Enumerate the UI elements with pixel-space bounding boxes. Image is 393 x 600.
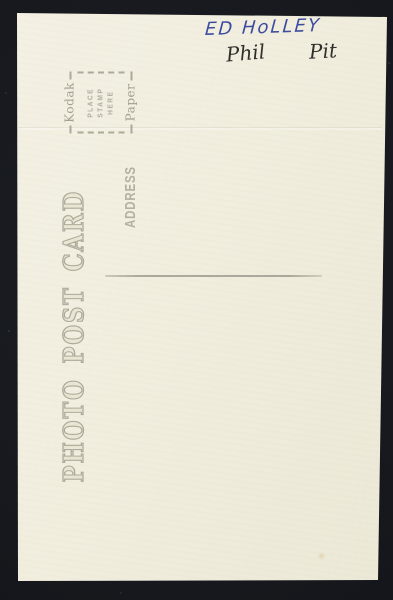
stamp-box-bottom-edge: Paper bbox=[125, 72, 139, 134]
stamp-line-stamp: STAMP bbox=[97, 88, 105, 118]
postcard-back: ED HoLLEY Phil Pit Kodak PLACE STAMP HER… bbox=[0, 0, 393, 600]
address-line bbox=[105, 275, 322, 277]
paper-stain bbox=[318, 553, 325, 559]
stamp-dash-line bbox=[70, 126, 72, 134]
address-label: ADDRESS bbox=[121, 182, 143, 228]
handwritten-note-left: Phil bbox=[225, 39, 266, 66]
handwritten-player-name: ED HoLLEY bbox=[204, 15, 321, 40]
dust-specks bbox=[0, 0, 2, 2]
stamp-brand-kodak: Kodak bbox=[63, 81, 77, 123]
photo-backdrop: ED HoLLEY Phil Pit Kodak PLACE STAMP HER… bbox=[0, 0, 393, 600]
photo-post-card-label: PHOTO POST CARD bbox=[58, 272, 89, 483]
stamp-box-top-edge: Kodak bbox=[64, 72, 78, 134]
stamp-brand-paper: Paper bbox=[124, 83, 138, 123]
handwritten-note-right: Pit bbox=[308, 38, 337, 63]
stamp-line-here: HERE bbox=[107, 90, 115, 114]
kodak-stamp-box: Kodak PLACE STAMP HERE Paper bbox=[64, 72, 139, 134]
stamp-box-center: PLACE STAMP HERE bbox=[78, 72, 125, 134]
stamp-dash-line bbox=[131, 124, 133, 133]
stamp-dash-line bbox=[131, 72, 133, 81]
stamp-dash-line bbox=[70, 71, 72, 79]
stamp-line-place: PLACE bbox=[87, 88, 95, 118]
